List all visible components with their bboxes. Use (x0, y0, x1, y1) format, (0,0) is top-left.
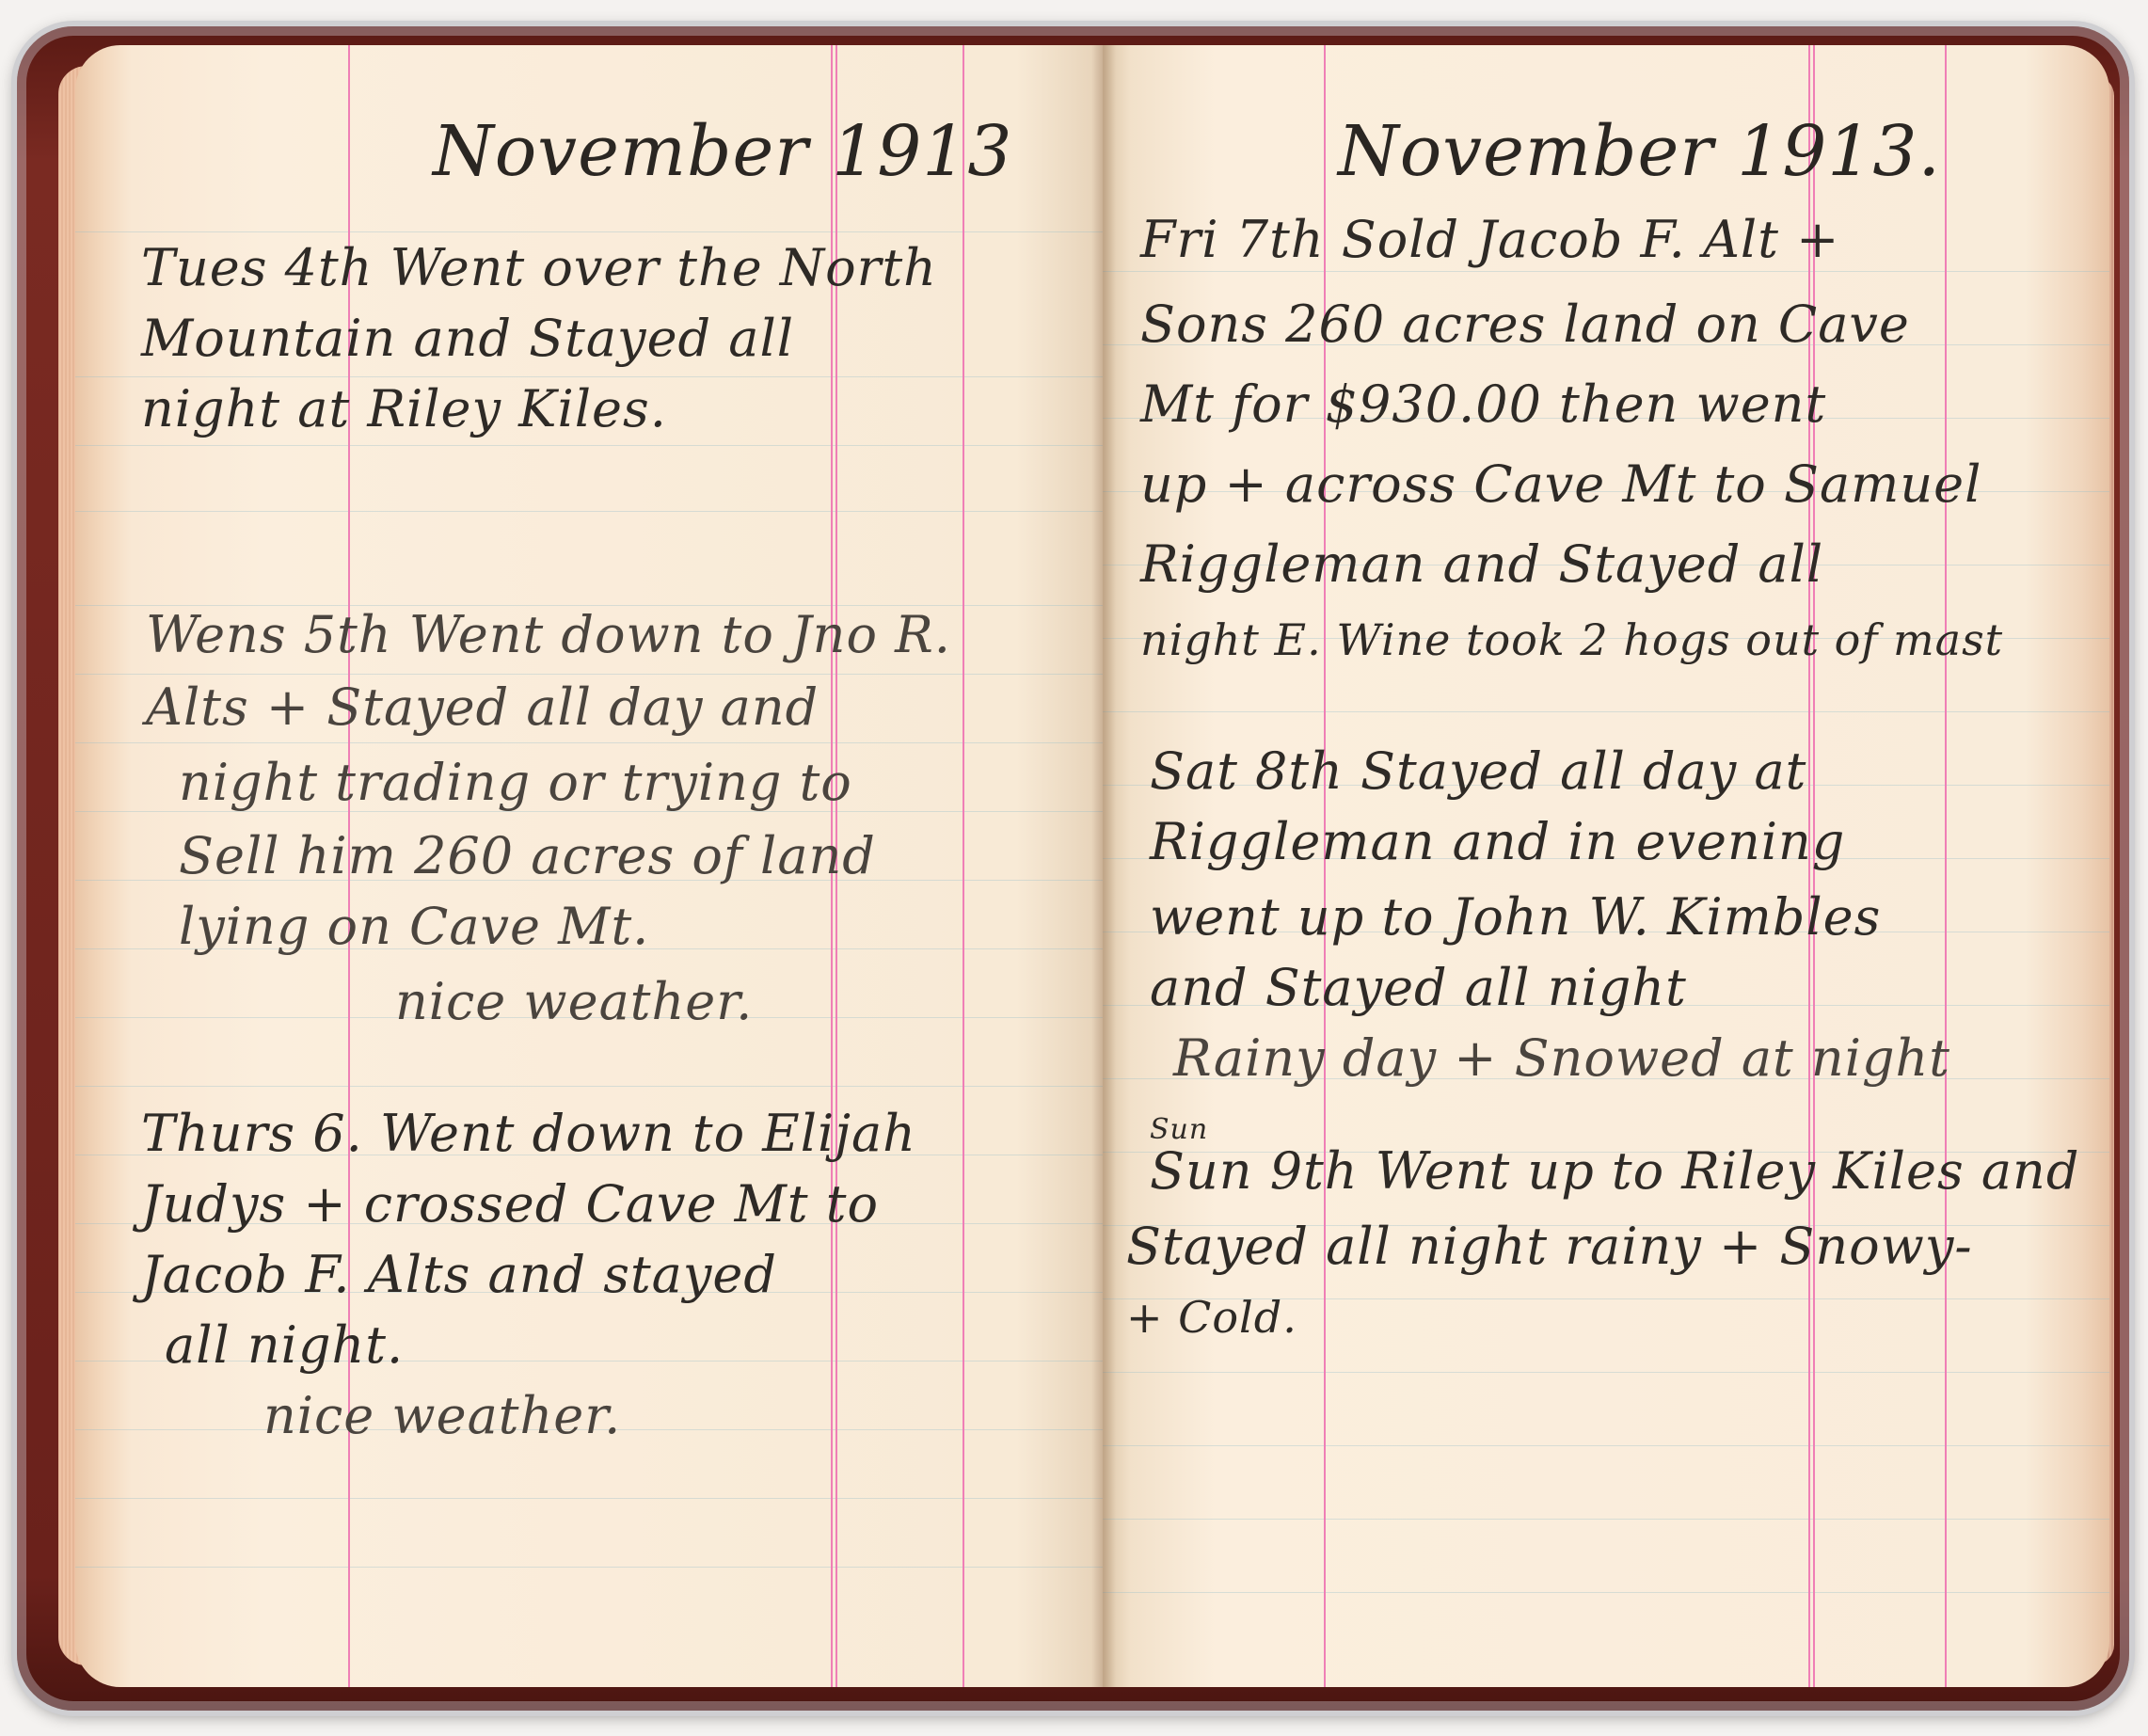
entry-line: night E. Wine took 2 hogs out of mast (1140, 614, 2003, 665)
entry-line: Sun 9th Went up to Riley Kiles and (1150, 1141, 2079, 1201)
page-heading: November 1913. (1338, 111, 1941, 192)
entry-line: Thurs 6. Went down to Elijah (141, 1104, 916, 1163)
entry-line: nice weather. (395, 972, 753, 1031)
margin-rule (963, 45, 964, 1687)
ruled-line (75, 511, 1103, 512)
entry-line: + Cold. (1126, 1292, 1297, 1343)
ruled-line (1103, 1445, 2109, 1446)
entry-line: Judys + crossed Cave Mt to (141, 1174, 879, 1234)
entry-line: lying on Cave Mt. (179, 897, 649, 956)
book-gutter (1091, 45, 1116, 1687)
entry-line: Wens 5th Went down to Jno R. (146, 605, 951, 664)
entry-line: Fri 7th Sold Jacob F. Alt + (1140, 210, 1839, 269)
ruled-line (1103, 1519, 2109, 1520)
entry-line: night at Riley Kiles. (141, 379, 667, 438)
entry-line: nice weather. (263, 1386, 621, 1445)
margin-rule (1945, 45, 1947, 1687)
ruled-line (75, 376, 1103, 377)
entry-line: all night. (165, 1315, 404, 1375)
ruled-line (75, 1086, 1103, 1087)
ruled-line (1103, 1372, 2109, 1373)
entry-line: Sons 260 acres land on Cave (1140, 295, 1910, 354)
entry-line: Tues 4th Went over the North (141, 238, 937, 297)
entry-line: Stayed all night rainy + Snowy- (1126, 1217, 1973, 1276)
left-page: November 1913 Tues 4th Went over the Nor… (75, 45, 1103, 1687)
ruled-line (1103, 271, 2109, 272)
ruled-line (75, 1567, 1103, 1568)
entry-line: Jacob F. Alts and stayed (141, 1245, 777, 1304)
entry-line: night trading or trying to (179, 753, 852, 812)
entry-line: Riggleman and Stayed all (1140, 534, 1823, 594)
ruled-line (1103, 1592, 2109, 1593)
page-heading: November 1913 (433, 111, 1012, 192)
entry-line: Riggleman and in evening (1150, 812, 1845, 871)
ruled-line (75, 1498, 1103, 1499)
entry-line: Sell him 260 acres of land (179, 826, 876, 885)
ruled-line (75, 231, 1103, 232)
ruled-line (75, 742, 1103, 743)
entry-line: Mt for $930.00 then went (1140, 374, 1826, 434)
right-page: November 1913. Fri 7th Sold Jacob F. Alt… (1103, 45, 2109, 1687)
entry-line: Mountain and Stayed all (141, 309, 794, 368)
entry-line: up + across Cave Mt to Samuel (1140, 454, 1981, 514)
ruled-line (75, 445, 1103, 446)
entry-line: and Stayed all night (1150, 958, 1687, 1017)
entry-line: Sat 8th Stayed all day at (1150, 741, 1806, 801)
entry-line: Alts + Stayed all day and (146, 677, 819, 737)
ruled-line (75, 674, 1103, 675)
ruled-line (1103, 711, 2109, 712)
entry-line: went up to John W. Kimbles (1150, 887, 1881, 947)
entry-line: Rainy day + Snowed at night (1173, 1028, 1950, 1088)
